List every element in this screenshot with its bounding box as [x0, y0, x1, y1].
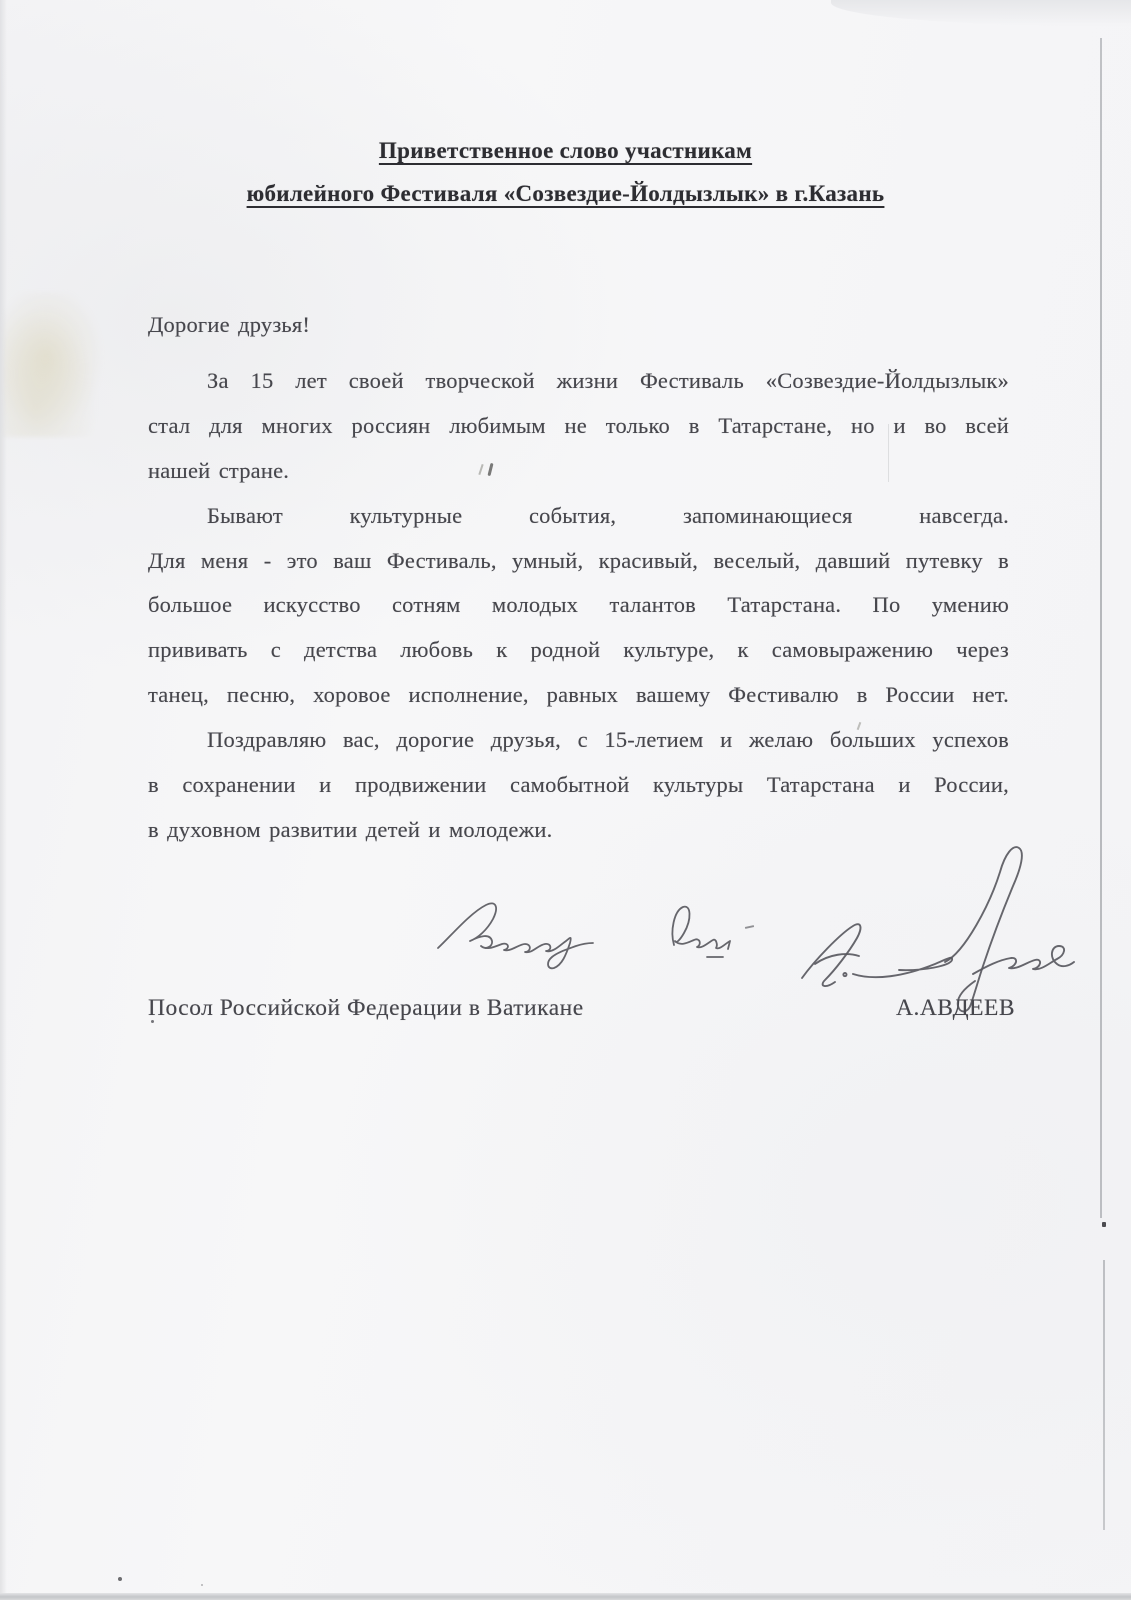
- body-line: стал для многих россиян любимым не тольк…: [148, 404, 1009, 449]
- body-line: Бывают культурные события, запоминающиес…: [148, 494, 1009, 539]
- ink-speck: [201, 1584, 203, 1586]
- scan-artifact-line-upper: [1100, 38, 1102, 1218]
- paper-smudge: [4, 292, 109, 437]
- body-line: прививать с детства любовь к родной куль…: [148, 628, 1009, 673]
- scan-bottom-edge: [0, 1593, 1131, 1600]
- title-line-2: юбилейного Фестиваля «Созвездие-Йолдызлы…: [247, 181, 885, 207]
- body-line: За 15 лет своей творческой жизни Фестива…: [148, 359, 1009, 404]
- signer-name: А.АВДЕЕВ: [896, 995, 1015, 1022]
- handwriting-vsegda-vash: [430, 893, 760, 978]
- body-line: большое искусство сотням молодых таланто…: [148, 583, 1009, 628]
- scan-artifact-dot: [1102, 1222, 1106, 1227]
- paper-edge-top-right: [831, 0, 1131, 26]
- handwritten-closing: [430, 893, 760, 978]
- scan-edge-shadow-left: [0, 0, 7, 1600]
- body-line: танец, песню, хоровое исполнение, равных…: [148, 673, 1009, 718]
- title-line-1: Приветственное слово участникам: [379, 138, 752, 164]
- scan-artifact-line-lower: [1103, 1260, 1105, 1530]
- ink-speck: [118, 1577, 122, 1581]
- body-paragraph-lines: За 15 лет своей творческой жизни Фестива…: [148, 359, 1009, 853]
- body-line: Для меня - это ваш Фестиваль, умный, кра…: [148, 539, 1009, 584]
- body-line: нашей стране.: [148, 449, 1009, 494]
- letter-title: Приветственное слово участникам юбилейно…: [40, 138, 1091, 207]
- letter-body: Дорогие друзья! За 15 лет своей творческ…: [148, 303, 1009, 853]
- scanned-letter-page: { "page": { "paper_color": "#f6f6f8", "i…: [0, 0, 1131, 1600]
- body-line: Поздравляю вас, дорогие друзья, с 15-лет…: [148, 718, 1009, 763]
- footer: Посол Российской Федерации в Ватикане А.…: [148, 995, 1015, 1022]
- signer-position: Посол Российской Федерации в Ватикане: [148, 995, 584, 1022]
- body-line: в сохранении и продвижении самобытной ку…: [148, 763, 1009, 808]
- salutation: Дорогие друзья!: [148, 303, 1009, 348]
